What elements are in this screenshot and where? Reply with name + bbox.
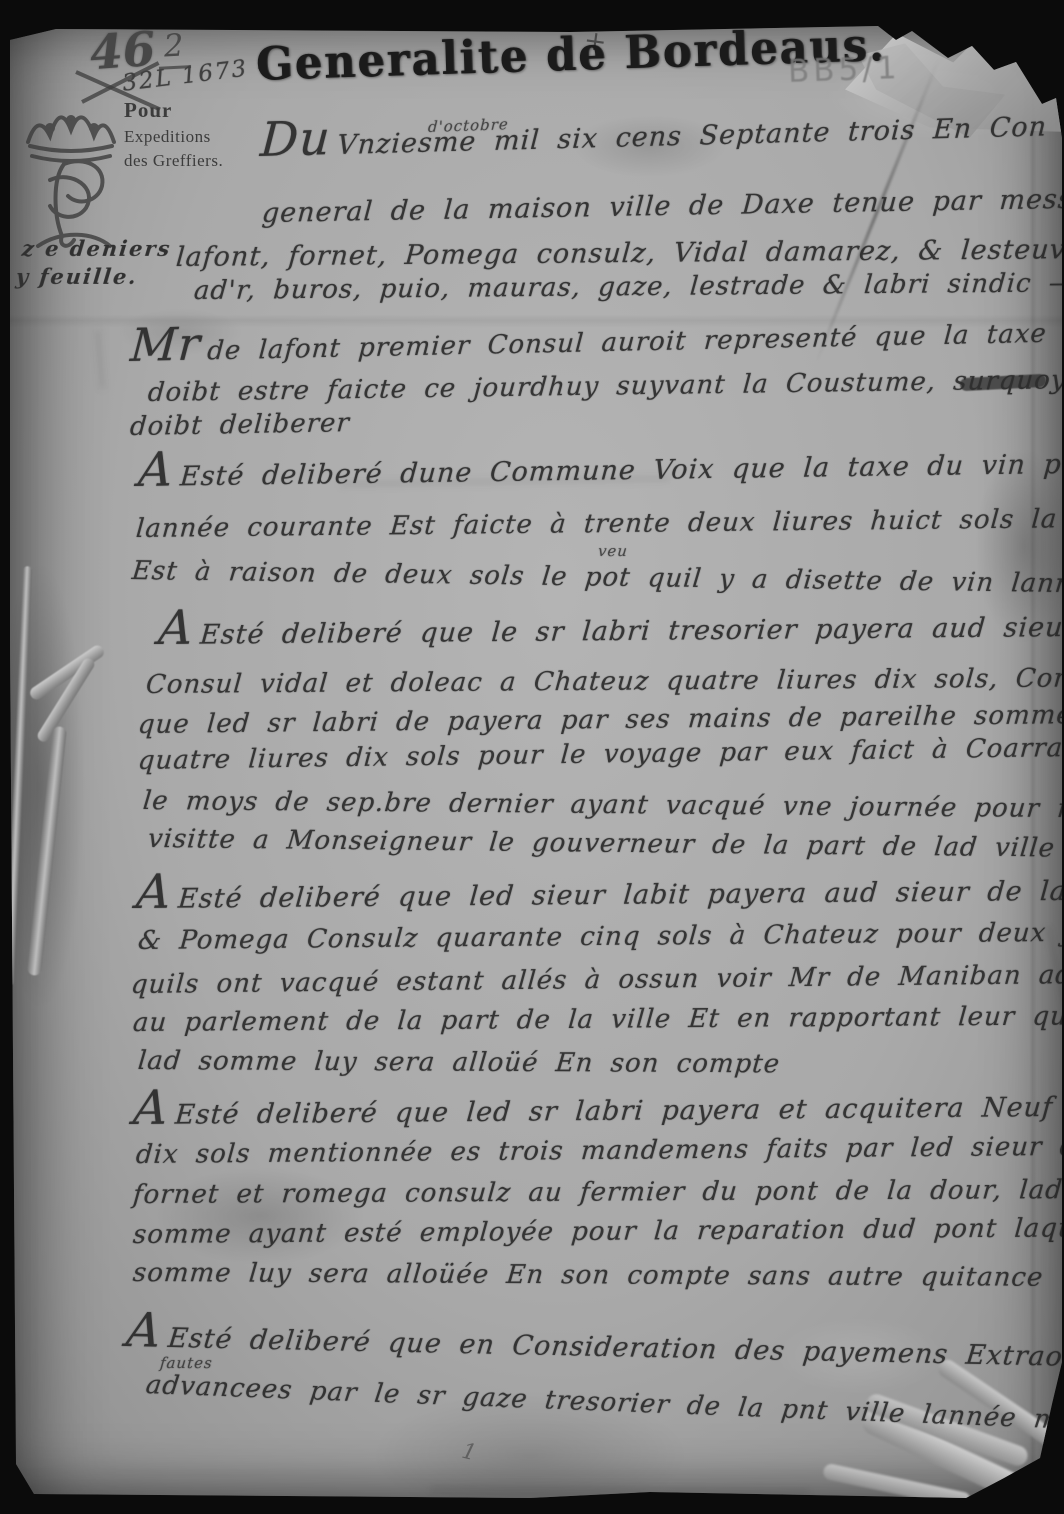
manuscript-line: general de la maison ville de Daxe tenue… <box>261 182 1064 229</box>
archival-reference: BB5/1 <box>787 50 901 90</box>
line-text: Esté deliberé que en Consideration des p… <box>166 1323 1064 1376</box>
manuscript-line: dix sols mentionnée es trois mandemens f… <box>135 1132 1064 1170</box>
manuscript-line: visitte a Monseigneur le gouverneur de l… <box>147 824 1057 863</box>
scan-background: { "page": { "header_title": "Generalite … <box>0 0 1064 1514</box>
binding-tie <box>27 726 67 976</box>
paragraph-initial: A <box>131 1081 170 1136</box>
line-text: Esté deliberé dune Commune Voix que la t… <box>179 448 1064 492</box>
manuscript-line: AEsté deliberé que led sr labri payera e… <box>132 1091 1064 1131</box>
paragraph-initial: Mr <box>129 317 203 372</box>
margin-note: y feuille. <box>15 264 139 289</box>
line-text: Esté deliberé que led sieur labit payera… <box>177 875 1064 915</box>
manuscript-line: quatre liures dix sols pour le voyage pa… <box>137 732 1064 776</box>
ink-showthrough <box>430 1484 810 1497</box>
interline-insertion: fautes <box>159 1354 213 1372</box>
manuscript-line: ad'r, buros, puio, mauras, gaze, lestrad… <box>193 268 1064 306</box>
manuscript-line: somme ayant esté employée pour la repara… <box>132 1213 1064 1250</box>
manuscript-line: que led sr labri de payera par ses mains… <box>137 700 1064 740</box>
manuscript-line: advancees par le sr gaze tresorier de la… <box>144 1370 1064 1436</box>
margin-note: z e deniers <box>21 236 173 261</box>
manuscript-line: lad somme luy sera alloüé En son compte <box>137 1046 782 1079</box>
manuscript-line: lannée courante Est faicte à trente deux… <box>135 503 1064 544</box>
manuscript-line: DuVnziesme mil six cens Septante trois E… <box>259 111 1048 163</box>
manuscript-line: lafont, fornet, Pomega consulz, Vidal da… <box>175 233 1064 273</box>
stamp-caption-line: Expeditions <box>124 127 223 147</box>
paragraph-initial: A <box>136 442 175 498</box>
stamp-caption-line: des Greffiers. <box>124 151 223 171</box>
manuscript-line: quils ont vacqué estant allés à ossun vo… <box>130 959 1064 1000</box>
page-number-faint: 1 <box>459 1439 479 1467</box>
paragraph-initial: A <box>124 1303 165 1359</box>
manuscript-line: le moys de sep.bre dernier ayant vacqué … <box>142 786 1064 825</box>
manuscript-line: doibt deliberer <box>129 408 351 442</box>
stamp-caption-line: Pour <box>124 98 223 123</box>
paragraph-initial: Du <box>259 111 333 168</box>
binding-tie <box>5 566 32 986</box>
manuscript-line: AEsté deliberé que en Consideration des … <box>124 1322 1064 1376</box>
line-text: de lafont premier Consul auroit represen… <box>206 315 1064 366</box>
paragraph-initial: A <box>134 865 173 920</box>
manuscript-line: AEsté deliberé que le sr labri tresorier… <box>157 611 1064 651</box>
ink-showthrough <box>94 329 106 389</box>
manuscript-line: & Pomega Consulz quarante cinq sols à Ch… <box>137 917 1064 956</box>
manuscript-line: AEsté deliberé dune Commune Voix que la … <box>137 448 1064 493</box>
manuscript-line: Est à raison de deux sols le pot quil y … <box>130 556 1064 602</box>
manuscript-line: fornet et romega consulz au fermier du p… <box>132 1175 1064 1210</box>
manuscript-line: Consul vidal et doleac a Chateuz quatre … <box>145 662 1064 700</box>
line-text: Esté deliberé que le sr labri tresorier … <box>199 611 1064 651</box>
manuscript-page: 46 2 32L 1673 - + Generalite de Bordeaus… <box>10 26 1062 1498</box>
manuscript-line: somme luy sera alloüée En son compte san… <box>132 1258 1045 1293</box>
line-text: Esté deliberé que led sr labri payera et… <box>174 1091 1064 1131</box>
manuscript-line: au parlement de la part de la ville Et e… <box>132 1001 1064 1038</box>
manuscript-line: Mrde lafont premier Consul auroit repres… <box>129 315 1064 368</box>
stamp-caption: Pour Expeditions des Greffiers. <box>124 98 223 171</box>
manuscript-line: doibt estre faicte ce jourdhuy suyvant l… <box>147 364 1064 408</box>
manuscript-line: AEsté deliberé que led sieur labit payer… <box>135 875 1064 915</box>
paragraph-initial: A <box>156 601 195 656</box>
interline-insertion: veu <box>597 542 629 560</box>
